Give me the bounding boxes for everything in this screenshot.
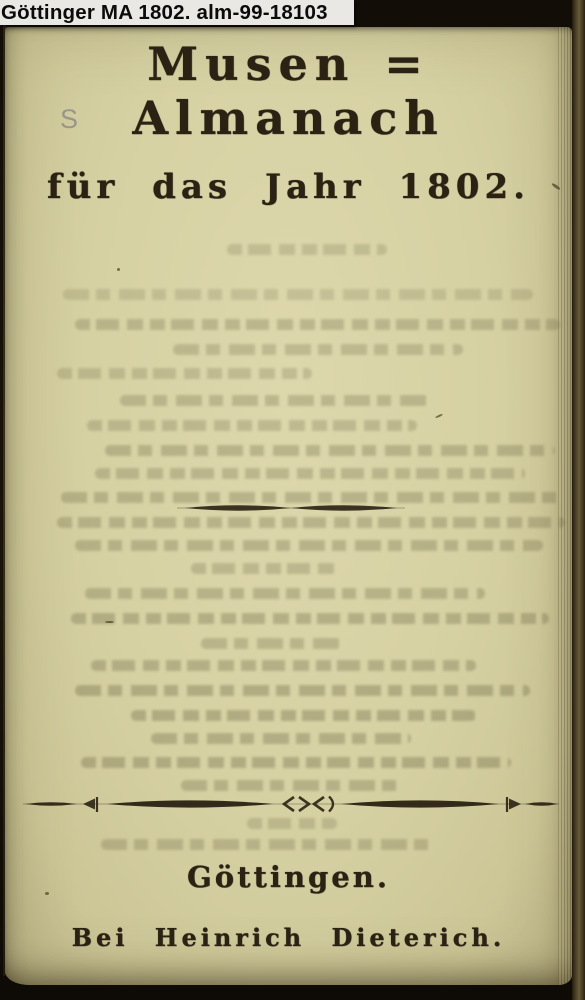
watermark-letter: S bbox=[60, 104, 90, 135]
archive-label-text: Göttinger MA 1802. alm-99-18103 bbox=[1, 1, 328, 25]
archive-label: Göttinger MA 1802. alm-99-18103 bbox=[0, 0, 354, 25]
paper-speck bbox=[45, 892, 49, 895]
imprint-city: Göttingen. bbox=[5, 860, 572, 894]
paper-speck bbox=[435, 413, 443, 418]
scanned-book-photo: Musen = Almanach S für das Jahr 1802. bbox=[0, 0, 585, 1000]
paper-speck bbox=[105, 621, 114, 623]
tapered-rule-ornament-icon bbox=[177, 499, 405, 517]
book-edge-gutter bbox=[572, 0, 585, 1000]
book-title-page: Musen = Almanach S für das Jahr 1802. bbox=[5, 27, 572, 985]
book-subtitle: für das Jahr 1802. bbox=[5, 167, 572, 207]
imprint-publisher: Bei Heinrich Dieterich. bbox=[5, 923, 572, 952]
book-title: Musen = Almanach bbox=[5, 37, 572, 145]
ornamental-rule-icon bbox=[21, 790, 561, 818]
paper-speck bbox=[117, 268, 120, 271]
